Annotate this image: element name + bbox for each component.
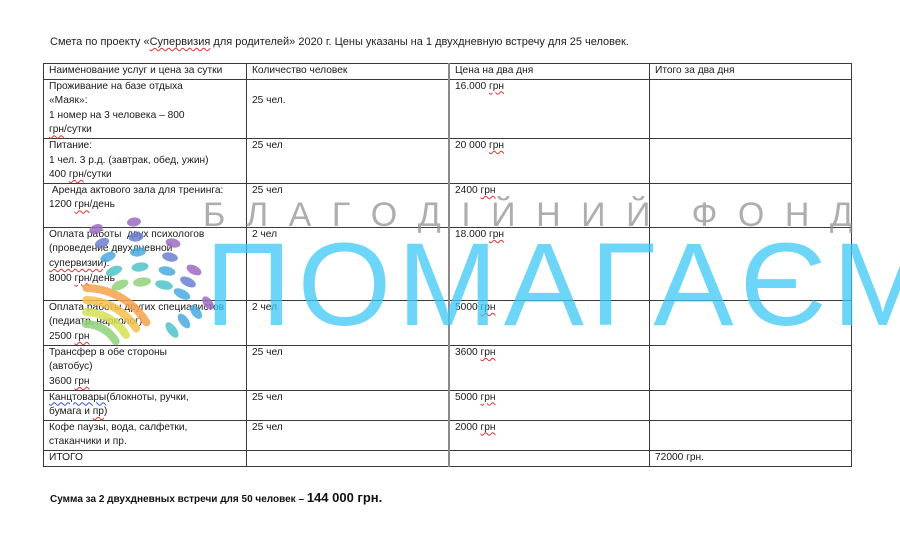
price-cell: 2400 грн — [449, 183, 650, 227]
total-cell — [650, 420, 852, 450]
service-cell: Оплата работы двух психологов(проведение… — [44, 227, 247, 300]
table-row: Питание:1 чел. 3 р.д. (завтрак, обед, уж… — [44, 138, 852, 183]
document-title: Смета по проекту «Супервизия для родител… — [50, 36, 629, 48]
title-project-name: Супервизия — [150, 36, 211, 48]
people-cell: 2 чел — [247, 227, 450, 300]
service-line: 400 грн/сутки — [49, 168, 241, 183]
service-line: 1 номер на 3 человека – 800 — [49, 109, 241, 124]
price-cell: 18.000 грн — [449, 227, 650, 300]
table-row: Канцтовары(блокноты, ручки,бумага и пр)2… — [44, 390, 852, 420]
table-row: Оплата работы других специалистов(педиат… — [44, 300, 852, 345]
header-people: Количество человек — [247, 64, 450, 80]
service-line: Канцтовары(блокноты, ручки, — [49, 391, 241, 406]
table-total-row: ИТОГО72000 грн. — [44, 450, 852, 466]
service-line: Аренда актового зала для тренинга: — [49, 184, 241, 199]
service-line: стаканчики и пр. — [49, 435, 241, 450]
service-line: Трансфер в обе стороны — [49, 346, 241, 361]
total-cell — [650, 79, 852, 138]
total-cell — [650, 390, 852, 420]
total-cell — [650, 138, 852, 183]
total-cell — [650, 227, 852, 300]
table-header-row: Наименование услуг и цена за сутки Колич… — [44, 64, 852, 80]
service-cell: Аренда актового зала для тренинга:1200 г… — [44, 183, 247, 227]
header-total: Итого за два дня — [650, 64, 852, 80]
service-cell: Трансфер в обе стороны(автобус)3600 грн — [44, 345, 247, 390]
service-line: Оплата работы двух психологов — [49, 228, 241, 243]
summary-amount: 144 000 грн. — [307, 490, 382, 505]
total-price — [449, 450, 650, 466]
total-cell — [650, 183, 852, 227]
service-line: бумага и пр) — [49, 405, 241, 420]
price-cell: 20 000 грн — [449, 138, 650, 183]
service-line: (проведение двухдневной — [49, 242, 241, 257]
service-line: Кофе паузы, вода, салфетки, — [49, 421, 241, 436]
total-people — [247, 450, 450, 466]
price-cell: 5000 грн — [449, 390, 650, 420]
price-cell: 5000 грн — [449, 300, 650, 345]
summary-text: Сумма за 2 двухдневных встречи для 50 че… — [50, 494, 307, 505]
service-line: грн/сутки — [49, 123, 241, 138]
people-cell: 25 чел — [247, 183, 450, 227]
summary-line: Сумма за 2 двухдневных встречи для 50 че… — [50, 490, 382, 505]
service-line: (автобус) — [49, 360, 241, 375]
total-label: ИТОГО — [44, 450, 247, 466]
grand-total-value: 72000 грн. — [650, 450, 852, 466]
price-cell: 16.000 грн — [449, 79, 650, 138]
service-line: 8000 грн/день — [49, 272, 241, 287]
price-cell: 2000 грн — [449, 420, 650, 450]
service-line: (педиатр, нарколог) — [49, 315, 241, 330]
service-line: Проживание на базе отдыха — [49, 80, 241, 95]
table-row: Оплата работы двух психологов(проведение… — [44, 227, 852, 300]
table-row: Аренда актового зала для тренинга:1200 г… — [44, 183, 852, 227]
service-cell: Проживание на базе отдыха«Маяк»:1 номер … — [44, 79, 247, 138]
service-line: «Маяк»: — [49, 94, 241, 109]
table-row: Проживание на базе отдыха«Маяк»:1 номер … — [44, 79, 852, 138]
service-cell: Оплата работы других специалистов(педиат… — [44, 300, 247, 345]
service-line: 2500 грн — [49, 330, 241, 345]
title-prefix: Смета по проекту « — [50, 36, 150, 48]
people-cell: 25 чел — [247, 390, 450, 420]
table-row: Трансфер в обе стороны(автобус)3600 грн2… — [44, 345, 852, 390]
people-cell: 25 чел. — [247, 79, 450, 138]
service-line: 1200 грн/день — [49, 198, 241, 213]
people-cell: 25 чел — [247, 420, 450, 450]
title-suffix: для родителей» 2020 г. Цены указаны на 1… — [210, 36, 629, 48]
estimate-table: Наименование услуг и цена за сутки Колич… — [43, 63, 852, 467]
header-service: Наименование услуг и цена за сутки — [44, 64, 247, 80]
people-cell: 25 чел — [247, 138, 450, 183]
price-cell: 3600 грн — [449, 345, 650, 390]
total-cell — [650, 300, 852, 345]
service-line: супервизии): — [49, 257, 241, 272]
service-cell: Канцтовары(блокноты, ручки,бумага и пр) — [44, 390, 247, 420]
service-line: Оплата работы других специалистов — [49, 301, 241, 316]
table-row: Кофе паузы, вода, салфетки,стаканчики и … — [44, 420, 852, 450]
service-line: 3600 грн — [49, 375, 241, 390]
people-cell: 25 чел — [247, 345, 450, 390]
service-line: Питание: — [49, 139, 241, 154]
service-cell: Питание:1 чел. 3 р.д. (завтрак, обед, уж… — [44, 138, 247, 183]
people-cell: 2 чел — [247, 300, 450, 345]
service-line: 1 чел. 3 р.д. (завтрак, обед, ужин) — [49, 154, 241, 169]
total-cell — [650, 345, 852, 390]
service-cell: Кофе паузы, вода, салфетки,стаканчики и … — [44, 420, 247, 450]
header-price: Цена на два дня — [449, 64, 650, 80]
